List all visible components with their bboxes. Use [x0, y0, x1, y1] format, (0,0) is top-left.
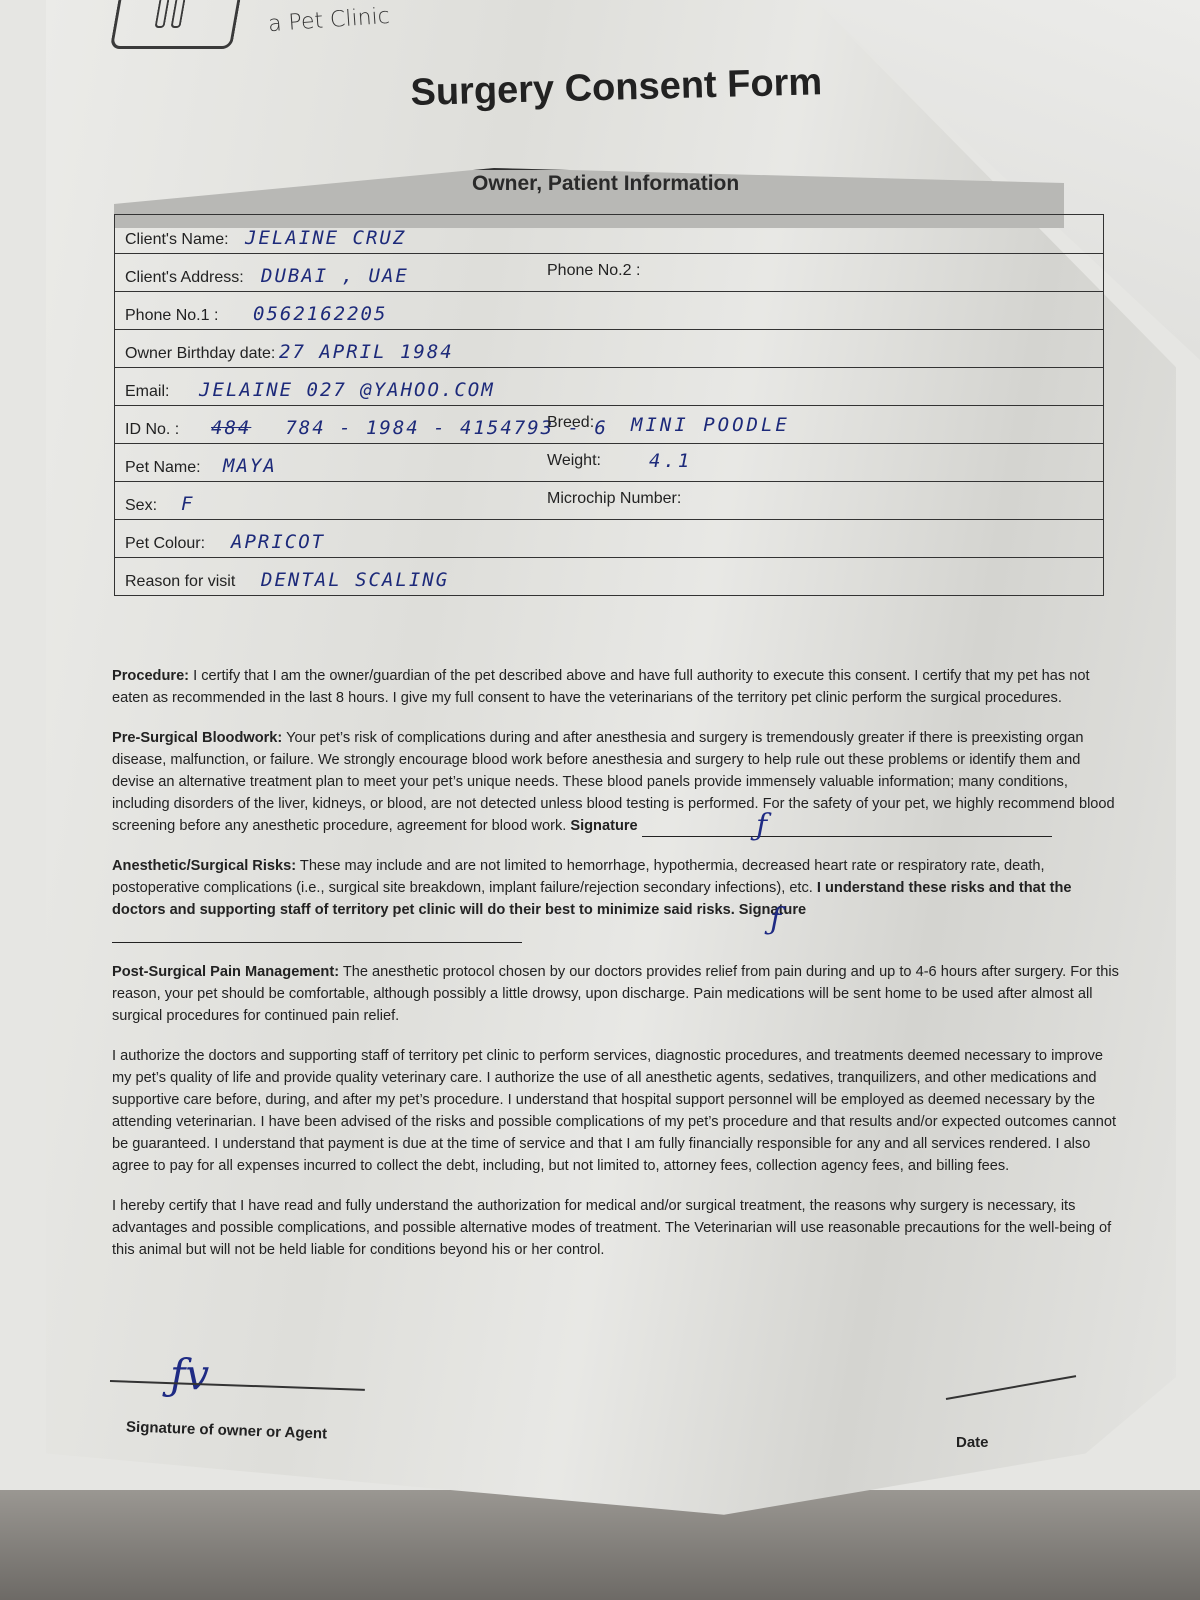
procedure-text: I certify that I am the owner/guardian o…	[112, 668, 1090, 706]
risks-paragraph: Anesthetic/Surgical Risks: These may inc…	[112, 855, 1122, 943]
breed-field[interactable]: MINI POODLE	[631, 414, 790, 436]
consent-body: Procedure: I certify that I am the owner…	[112, 665, 1122, 1279]
weight-label: Weight:	[547, 452, 601, 470]
sex-label: Sex:	[125, 497, 157, 515]
row-client-name: Client's Name: JELAINE CRUZ	[114, 214, 1104, 254]
pet-colour-label: Pet Colour:	[125, 535, 205, 553]
procedure-heading: Procedure:	[112, 668, 189, 684]
phone1-label: Phone No.1 :	[125, 307, 218, 325]
owner-birthday-label: Owner Birthday date:	[125, 345, 275, 363]
row-email: Email: JELAINE 027 @YAHOO.COM	[114, 368, 1104, 406]
bloodwork-signature-label: Signature	[570, 818, 637, 834]
pet-colour-field[interactable]: APRICOT	[231, 531, 325, 553]
client-address-field[interactable]: DUBAI , UAE	[261, 265, 409, 287]
background-surface	[0, 1490, 1200, 1600]
pet-name-label: Pet Name:	[125, 459, 201, 477]
pain-heading: Post-Surgical Pain Management:	[112, 964, 339, 980]
signature-mark-bloodwork: ƒ	[756, 808, 767, 843]
row-id: ID No. : 484784 - 1984 - 4154793 - 6	[114, 406, 1104, 444]
sex-field[interactable]: F	[181, 493, 194, 515]
bloodwork-heading: Pre-Surgical Bloodwork:	[112, 730, 282, 746]
weight-field[interactable]: 4.1	[649, 450, 692, 472]
phone1-field[interactable]: 0562162205	[253, 303, 387, 325]
risks-heading: Anesthetic/Surgical Risks:	[112, 858, 296, 874]
signature-mark-risks: ƒ	[770, 902, 781, 937]
id-label: ID No. :	[125, 421, 179, 439]
owner-patient-table: Owner, Patient Information Client's Name…	[114, 168, 1104, 628]
row-reason: Reason for visit DENTAL SCALING	[114, 558, 1104, 596]
email-field[interactable]: JELAINE 027 @YAHOO.COM	[199, 379, 495, 401]
row-pet-name: Pet Name: MAYA Breed: MINI POODLE	[114, 444, 1104, 482]
signature-mark-owner: ƒv	[170, 1350, 209, 1399]
email-label: Email:	[125, 383, 169, 401]
section-title: Owner, Patient Information	[472, 172, 739, 196]
breed-label: Breed:	[547, 414, 594, 432]
row-phone: Phone No.1 : 0562162205 Phone No.2 :	[114, 292, 1104, 330]
certify-paragraph: I hereby certify that I have read and fu…	[112, 1195, 1122, 1261]
row-owner-birthday: Owner Birthday date: 27 APRIL 1984	[114, 330, 1104, 368]
bloodwork-signature-line[interactable]	[642, 822, 1052, 837]
procedure-paragraph: Procedure: I certify that I am the owner…	[112, 665, 1122, 709]
clinic-logo-icon	[110, 0, 241, 49]
pain-paragraph: Post-Surgical Pain Management: The anest…	[112, 961, 1122, 1027]
id-struck-value: 484	[211, 417, 251, 439]
date-label: Date	[956, 1434, 989, 1451]
authorize-paragraph: I authorize the doctors and supporting s…	[112, 1045, 1122, 1177]
client-address-label: Client's Address:	[125, 269, 244, 287]
client-name-field[interactable]: JELAINE CRUZ	[245, 227, 406, 249]
reason-field[interactable]: DENTAL SCALING	[261, 569, 449, 591]
pet-name-field[interactable]: MAYA	[223, 455, 277, 477]
row-pet-colour: Pet Colour: APRICOT Microchip Number:	[114, 520, 1104, 558]
risks-signature-line[interactable]	[112, 928, 522, 943]
owner-birthday-field[interactable]: 27 APRIL 1984	[279, 341, 454, 363]
phone2-label: Phone No.2 :	[547, 262, 640, 280]
microchip-label: Microchip Number:	[547, 490, 681, 508]
bloodwork-paragraph: Pre-Surgical Bloodwork: Your pet’s risk …	[112, 727, 1122, 837]
client-name-label: Client's Name:	[125, 231, 229, 249]
reason-label: Reason for visit	[125, 573, 235, 591]
